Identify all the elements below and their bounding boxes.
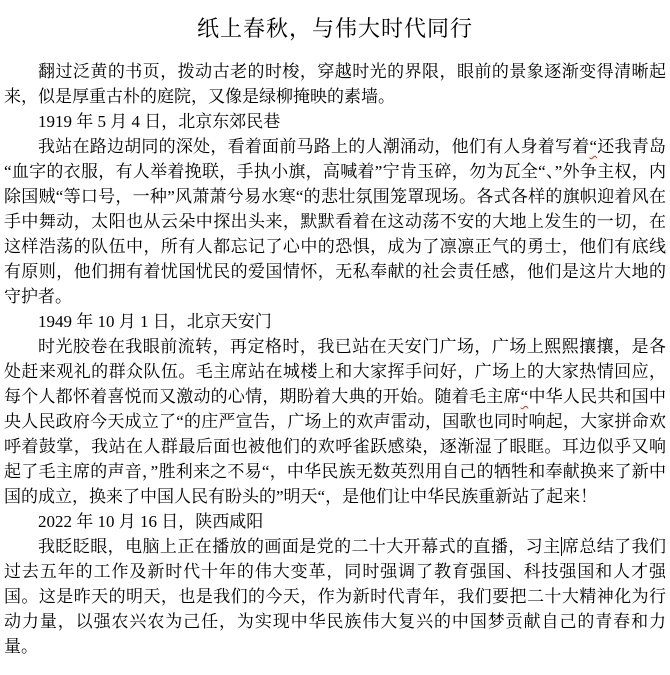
document-page[interactable]: 纸上春秋，与伟大时代同行 翻过泛黄的书页，拨动古老的时梭，穿越时光的界限，眼前的… [0,12,670,659]
text-run: 翻过泛黄的书页，拨动古老的时梭，穿越时光的界限，眼前的景象逐渐变得清晰起来，似是… [4,62,666,106]
body-paragraph: 我眨眨眼，电脑上正在播放的画面是党的二十大开幕式的直播，习主席总结了我们过去五年… [4,534,666,659]
body-paragraph: 翻过泛黄的书页，拨动古老的时梭，穿越时光的界限，眼前的景象逐渐变得清晰起来，似是… [4,59,666,109]
document-title: 纸上春秋，与伟大时代同行 [4,12,666,43]
text-run: 我眨眨眼，电脑上正在播放的画面是党的二十大开幕式的直播，习主 [38,537,561,556]
text-run: 2022 年 10 月 16 日，陕西咸阳 [38,512,263,531]
text-run: 我站在路边胡同的深处，看着面前马路上的人潮涌动，他们有人身着写着 [38,137,590,156]
body-paragraph: 时光胶卷在我眼前流转，再定格时，我已站在天安门广场，广场上熙熙攘攘，是各处赶来观… [4,334,666,509]
text-run: 1949 年 10 月 1 日，北京天安门 [38,312,272,331]
spell-error-quote: “ [590,137,598,156]
text-run: 还我青岛“血字的衣服，有人举着挽联，手执小旗，高喊着”宁肯玉碎，勿为瓦全“、”外… [4,137,666,306]
body-paragraph: 我站在路边胡同的深处，看着面前马路上的人潮涌动，他们有人身着写着“还我青岛“血字… [4,134,666,309]
date-heading: 2022 年 10 月 16 日，陕西咸阳 [4,509,666,534]
date-heading: 1919 年 5 月 4 日，北京东郊民巷 [4,109,666,134]
text-run: 1919 年 5 月 4 日，北京东郊民巷 [38,112,280,131]
date-heading: 1949 年 10 月 1 日，北京天安门 [4,309,666,334]
document-body: 翻过泛黄的书页，拨动古老的时梭，穿越时光的界限，眼前的景象逐渐变得清晰起来，似是… [4,59,666,659]
